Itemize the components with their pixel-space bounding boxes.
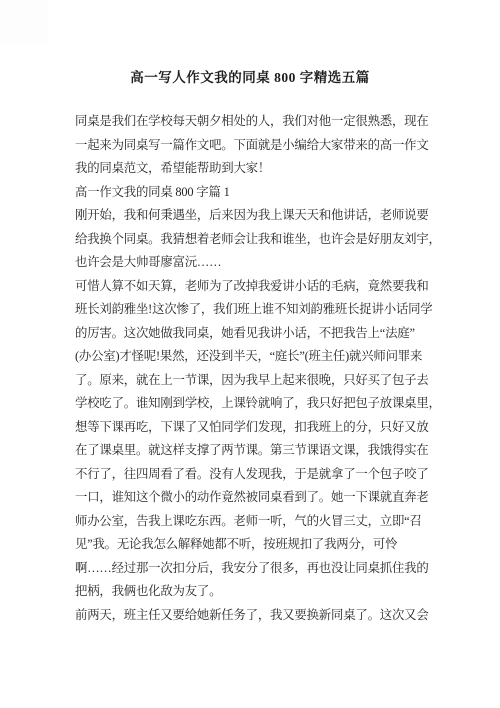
text-line: 也许会是大帅哥廖富沅…… <box>75 251 435 275</box>
essay-title: 高一写人作文我的同桌 800 字精选五篇 <box>0 66 500 86</box>
text-line: 学校吃了。谁知刚到学校，上课铃就响了，我只好把包子放课桌里， <box>75 392 435 416</box>
paragraph-2: 高一作文我的同桌 800 字篇 1 <box>75 181 435 205</box>
text-line: 了。原来，就在上一节课，因为我早上起来很晚，只好买了包子去 <box>75 369 435 393</box>
text-line: (办公室)才怪呢!果然，还没到半天，“庭长”(班主任)就兴师问罪来 <box>75 345 435 369</box>
essay-body: 同桌是我们在学校每天朝夕相处的人，我们对他一定很熟悉，现在一起来为同桌写一篇作文… <box>75 110 435 627</box>
paragraph-1: 同桌是我们在学校每天朝夕相处的人，我们对他一定很熟悉，现在一起来为同桌写一篇作文… <box>75 110 435 181</box>
text-line: 我的同桌范文，希望能帮助到大家！ <box>75 157 435 181</box>
document-page: 高一写人作文我的同桌 800 字精选五篇 同桌是我们在学校每天朝夕相处的人，我们… <box>0 0 500 708</box>
text-line: 不行了，往四周看了看。没有人发现我，于是就拿了一个包子咬了 <box>75 463 435 487</box>
text-line: 的厉害。这次她做我同桌，她看见我讲小话，不把我告上“法庭” <box>75 322 435 346</box>
paragraph-5: 前两天，班主任又要给她新任务了，我又要换新同桌了。这次又会 <box>75 604 435 628</box>
text-line: 刚开始，我和何秉遇坐，后来因为我上课天天和他讲话，老师说要 <box>75 204 435 228</box>
text-line: 可惜人算不如天算，老师为了改掉我爱讲小话的毛病，竟然要我和 <box>75 275 435 299</box>
text-line: 想等下课再吃，下课了又怕同学们发现，扣我班上的分，只好又放 <box>75 416 435 440</box>
text-line: 前两天，班主任又要给她新任务了，我又要换新同桌了。这次又会 <box>75 604 435 628</box>
text-line: 同桌是我们在学校每天朝夕相处的人，我们对他一定很熟悉，现在 <box>75 110 435 134</box>
text-line: 啊……经过那一次扣分后，我安分了很多，再也没让同桌抓住我的 <box>75 557 435 581</box>
paragraph-4: 可惜人算不如天算，老师为了改掉我爱讲小话的毛病，竟然要我和班长刘韵雅坐!这次惨了… <box>75 275 435 604</box>
text-line: 一起来为同桌写一篇作文吧。下面就是小编给大家带来的高一作文 <box>75 134 435 158</box>
scan-corner-artifact <box>0 0 48 44</box>
text-line: 一口，谁知这个微小的动作竟然被同桌看到了。她一下课就直奔老 <box>75 486 435 510</box>
text-line: 班长刘韵雅坐!这次惨了，我们班上谁不知刘韵雅班长捉讲小话同学 <box>75 298 435 322</box>
text-line: 把柄，我俩也化敌为友了。 <box>75 580 435 604</box>
text-line: 在了课桌里。就这样支撑了两节课。第三节课语文课，我饿得实在 <box>75 439 435 463</box>
text-line: 见”我。无论我怎么解释她都不听，按班规扣了我两分，可怜 <box>75 533 435 557</box>
text-line: 师办公室，告我上课吃东西。老师一听，气的火冒三丈，立即“召 <box>75 510 435 534</box>
text-line: 给我换个同桌。我猜想着老师会让我和谁坐，也许会是好朋友刘宇， <box>75 228 435 252</box>
paragraph-3: 刚开始，我和何秉遇坐，后来因为我上课天天和他讲话，老师说要给我换个同桌。我猜想着… <box>75 204 435 275</box>
text-line: 高一作文我的同桌 800 字篇 1 <box>75 181 435 205</box>
